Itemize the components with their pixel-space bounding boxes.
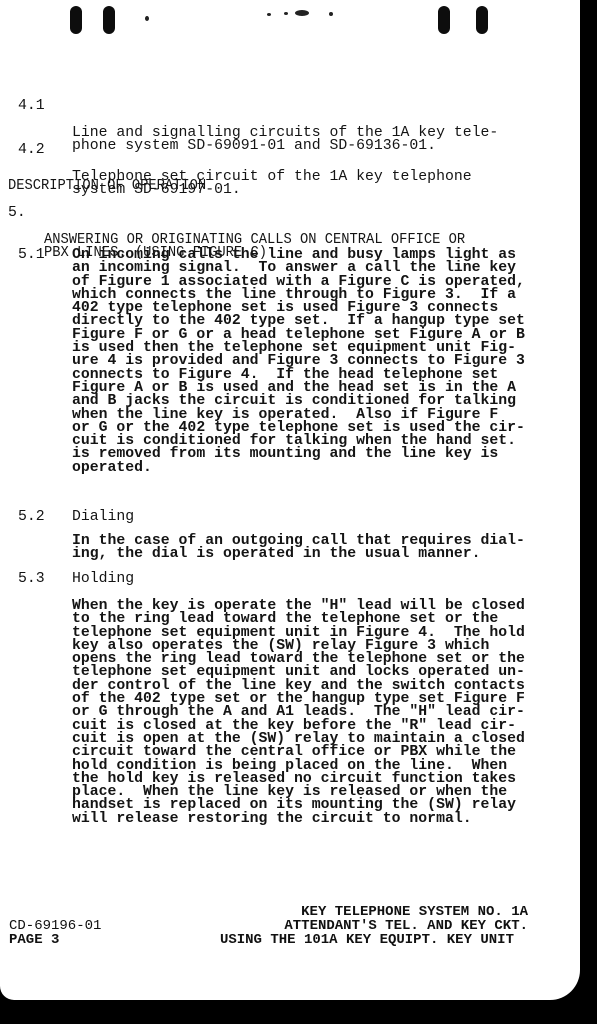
section-number: 4.1 bbox=[18, 100, 45, 113]
text-line: operated. bbox=[72, 462, 525, 475]
footer-title-line-3: USING THE 101A KEY EQUIPT. KEY UNIT bbox=[220, 934, 514, 948]
ink-speck-icon bbox=[267, 13, 271, 16]
section-5-2-text: In the case of an outgoing call that req… bbox=[72, 535, 525, 562]
punch-hole-icon bbox=[103, 6, 115, 34]
ink-speck-icon bbox=[145, 16, 149, 21]
ink-speck-icon bbox=[284, 12, 288, 15]
ink-speck-icon bbox=[329, 12, 333, 16]
text-line: ing, the dial is operated in the usual m… bbox=[72, 548, 525, 561]
section-number: 4.2 bbox=[18, 144, 45, 157]
punch-hole-icon bbox=[438, 6, 450, 34]
section-number: 5.1 bbox=[18, 249, 45, 262]
section-number: 5.2 bbox=[18, 511, 45, 524]
description-heading: DESCRIPTION OF OPERATION bbox=[8, 180, 206, 193]
ink-speck-icon bbox=[295, 10, 309, 16]
document-page: 4.1 Line and signalling circuits of the … bbox=[0, 0, 580, 1000]
section-number: 5. bbox=[8, 207, 26, 220]
section-5-3-text: When the key is operate the "H" lead wil… bbox=[72, 600, 525, 826]
section-5-3-title: Holding bbox=[72, 573, 134, 586]
punch-hole-icon bbox=[476, 6, 488, 34]
text-line: will release restoring the circuit to no… bbox=[72, 813, 525, 826]
section-number: 5.3 bbox=[18, 573, 45, 586]
footer-page-number: PAGE 3 bbox=[9, 934, 59, 948]
section-5-1-text: On incoming calls the line and busy lamp… bbox=[72, 249, 525, 475]
punch-hole-icon bbox=[70, 6, 82, 34]
section-5-2-title: Dialing bbox=[72, 511, 134, 524]
